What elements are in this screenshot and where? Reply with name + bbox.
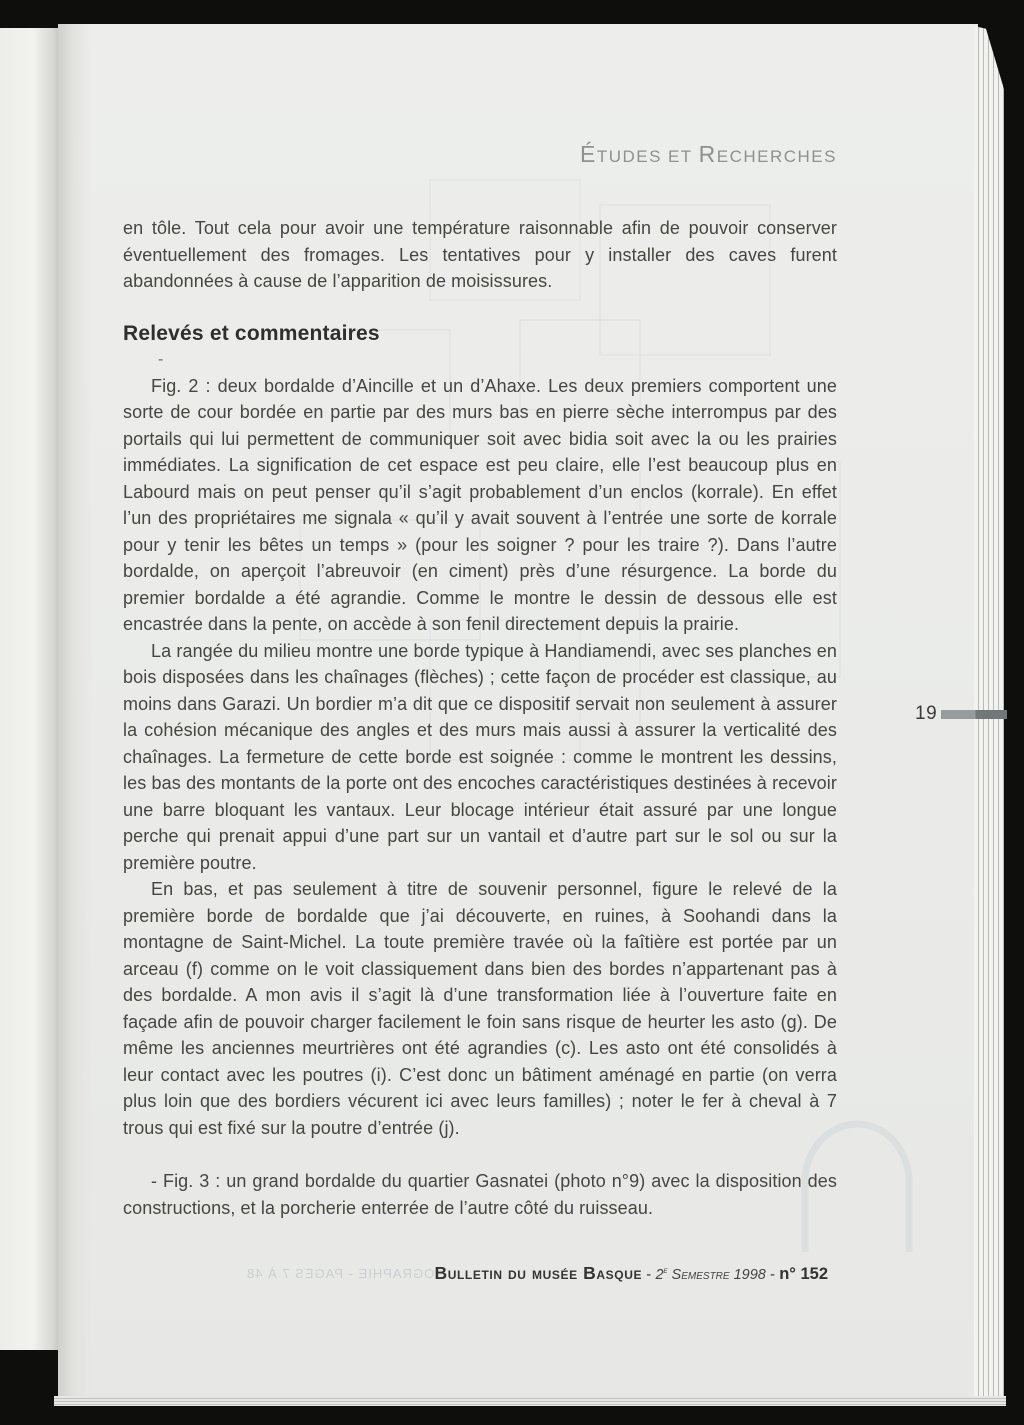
- section-heading: Relevés et commentaires: [123, 322, 837, 346]
- facing-page-edge: [0, 28, 60, 1350]
- issue-label: 2e Semestre 1998: [655, 1267, 765, 1283]
- show-through-ghost-text: OGRAPHIE - PAGES 7 À 48: [246, 1266, 434, 1281]
- page-tab-bar: [941, 710, 1007, 719]
- running-header: ÉTUDES ET RECHERCHES: [580, 141, 837, 168]
- text-column: en tôle. Tout cela pour avoir une tempér…: [123, 215, 837, 1221]
- page-number: 19: [915, 703, 937, 725]
- paragraph-fig3: - Fig. 3 : un grand bordalde du quartier…: [123, 1168, 837, 1221]
- book-scan: { "doc": { "running_header": { "w1i": "É…: [0, 0, 1024, 1425]
- paragraph-en-bas: En bas, et pas seulement à titre de souv…: [123, 876, 837, 1141]
- page-stack-bottom-edge: [54, 1396, 1006, 1406]
- stray-dash: -: [123, 346, 837, 373]
- paragraph: en tôle. Tout cela pour avoir une tempér…: [123, 215, 837, 295]
- paragraph-fig2: Fig. 2 : deux bordalde d’Aincille et un …: [123, 373, 837, 638]
- footer-imprint: Bulletin du musée Basque - 2e Semestre 1…: [434, 1263, 828, 1284]
- issue-number: n° 152: [779, 1265, 828, 1283]
- running-header-initial: É: [580, 141, 597, 167]
- paragraph-middle-row: La rangée du milieu montre une borde typ…: [123, 638, 837, 877]
- page-number-tab: 19: [915, 703, 1007, 725]
- journal-title: Bulletin du musée Basque: [434, 1263, 642, 1283]
